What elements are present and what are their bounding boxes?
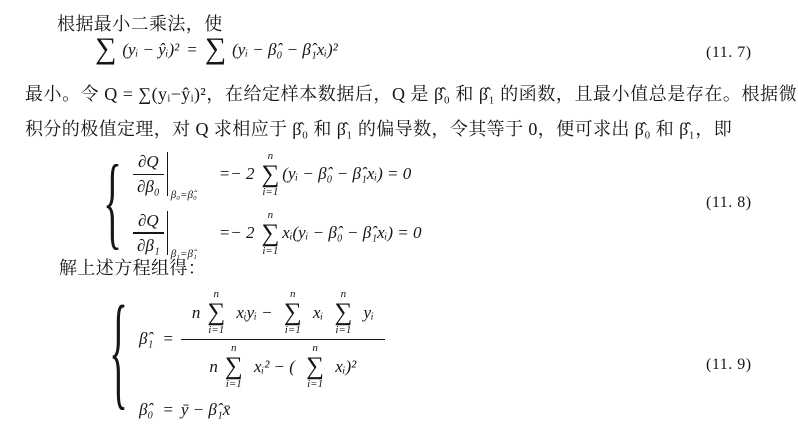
equation-number-11-9: (11. 9) [706, 356, 752, 374]
evaluation-condition: β₀=β̂₀ [171, 189, 197, 201]
left-brace-icon: { [103, 152, 122, 256]
sum-lower-limit: i=1 [208, 325, 224, 336]
left-brace-icon: { [109, 291, 128, 418]
beta0-rhs: ȳ − β̂₁x̄ [181, 400, 230, 420]
partial-derivative-fraction: ∂Q ∂β₀ [133, 152, 164, 196]
sum-with-limits: n ∑ i=1 [207, 289, 225, 336]
textbook-page: 根据最小二乘法，使 ∑ (yᵢ − ŷᵢ)² = ∑ (yᵢ − β̂₀ − β… [0, 0, 798, 426]
sum-with-limits: n ∑ i=1 [261, 151, 279, 198]
beta1-hat: β̂₁ [139, 329, 153, 349]
beta0-hat: β̂₀ [139, 400, 153, 420]
big-fraction: n n ∑ i=1 xᵢyᵢ − n ∑ i=1 xᵢ [181, 289, 385, 390]
equation-11-8: { ∂Q ∂β₀ β₀=β̂₀ =− 2 n ∑ i=1 (yᵢ − β̂₀ −… [100, 151, 421, 257]
sigma-icon: ∑ [334, 300, 352, 325]
coefficient: =− 2 [219, 223, 255, 243]
equation-11-9: { β̂₁ = n n ∑ i=1 xᵢyᵢ − n [106, 289, 385, 420]
equation-11-8-row-1: ∂Q ∂β₀ β₀=β̂₀ =− 2 n ∑ i=1 (yᵢ − β̂₀ − β… [133, 151, 422, 198]
num-term: xᵢyᵢ − [228, 303, 281, 323]
sum-lower-limit: i=1 [262, 187, 278, 198]
denominator-row: n n ∑ i=1 xᵢ² − ( n ∑ i=1 xᵢ)² [198, 343, 367, 390]
equation-tail: xᵢ(yᵢ − β̂₀ − β̂₁xᵢ) = 0 [282, 223, 421, 243]
sum-lower-limit: i=1 [226, 379, 242, 390]
sum-with-limits: n ∑ i=1 [284, 289, 302, 336]
sigma-icon: ∑ [261, 221, 279, 246]
fraction-numerator: ∂Q [134, 152, 163, 172]
num-term: n [188, 303, 205, 323]
evaluation-bar: β₁=β̂₁ [167, 211, 213, 255]
equals-sign: = [162, 400, 173, 420]
equals-sign: = [186, 40, 197, 60]
sigma-operator-icon: ∑ [205, 34, 226, 64]
fraction-bar [181, 339, 385, 340]
eq117-lhs: (yᵢ − ŷᵢ)² [122, 40, 179, 60]
equals-sign: = [162, 329, 173, 349]
body-paragraph: 最小。令 Q = ∑(yᵢ−ŷᵢ)²，在给定样本数据后，Q 是 β̂₀ 和 β̂… [25, 77, 797, 147]
sum-with-limits: n ∑ i=1 [306, 343, 324, 390]
equation-number-11-8: (11. 8) [706, 194, 752, 212]
num-term: yᵢ [355, 303, 378, 323]
sigma-icon: ∑ [306, 354, 324, 379]
sum-lower-limit: i=1 [335, 325, 351, 336]
fraction-bar [133, 232, 164, 233]
solve-line: 解上述方程组得： [59, 251, 206, 286]
num-term: xᵢ [305, 303, 332, 323]
equation-11-7: ∑ (yᵢ − ŷᵢ)² = ∑ (yᵢ − β̂₀ − β̂₁xᵢ)² [95, 31, 338, 69]
fraction-numerator: ∂Q [134, 211, 163, 231]
sigma-operator-icon: ∑ [95, 34, 116, 64]
sum-lower-limit: i=1 [307, 379, 323, 390]
equation-system-11-8: ∂Q ∂β₀ β₀=β̂₀ =− 2 n ∑ i=1 (yᵢ − β̂₀ − β… [133, 151, 422, 257]
sigma-icon: ∑ [207, 300, 225, 325]
sigma-icon: ∑ [284, 300, 302, 325]
sum-with-limits: n ∑ i=1 [334, 289, 352, 336]
den-term: xᵢ² − ( [246, 357, 303, 377]
partial-derivative-fraction: ∂Q ∂β₁ [133, 211, 164, 255]
equation-system-11-9: β̂₁ = n n ∑ i=1 xᵢyᵢ − n ∑ [139, 289, 385, 420]
sigma-icon: ∑ [261, 162, 279, 187]
equation-tail: (yᵢ − β̂₀ − β̂₁xᵢ) = 0 [282, 164, 411, 184]
sum-with-limits: n ∑ i=1 [261, 210, 279, 257]
equation-11-9-row-2: β̂₀ = ȳ − β̂₁x̄ [139, 400, 385, 420]
coefficient: =− 2 [219, 164, 255, 184]
equation-number-11-7: (11. 7) [706, 44, 752, 62]
fraction-denominator: ∂β₀ [133, 177, 164, 197]
den-term: xᵢ)² [327, 357, 360, 377]
equation-11-9-row-1: β̂₁ = n n ∑ i=1 xᵢyᵢ − n ∑ [139, 289, 385, 390]
sum-lower-limit: i=1 [262, 246, 278, 257]
den-term: n [205, 357, 222, 377]
eq117-rhs: (yᵢ − β̂₀ − β̂₁xᵢ)² [232, 40, 338, 60]
equation-11-8-row-2: ∂Q ∂β₁ β₁=β̂₁ =− 2 n ∑ i=1 xᵢ(yᵢ − β̂₀ −… [133, 210, 422, 257]
sigma-icon: ∑ [225, 354, 243, 379]
numerator-row: n n ∑ i=1 xᵢyᵢ − n ∑ i=1 xᵢ [181, 289, 385, 336]
sum-lower-limit: i=1 [285, 325, 301, 336]
sum-with-limits: n ∑ i=1 [225, 343, 243, 390]
evaluation-bar: β₀=β̂₀ [167, 152, 213, 196]
fraction-bar [133, 174, 164, 175]
